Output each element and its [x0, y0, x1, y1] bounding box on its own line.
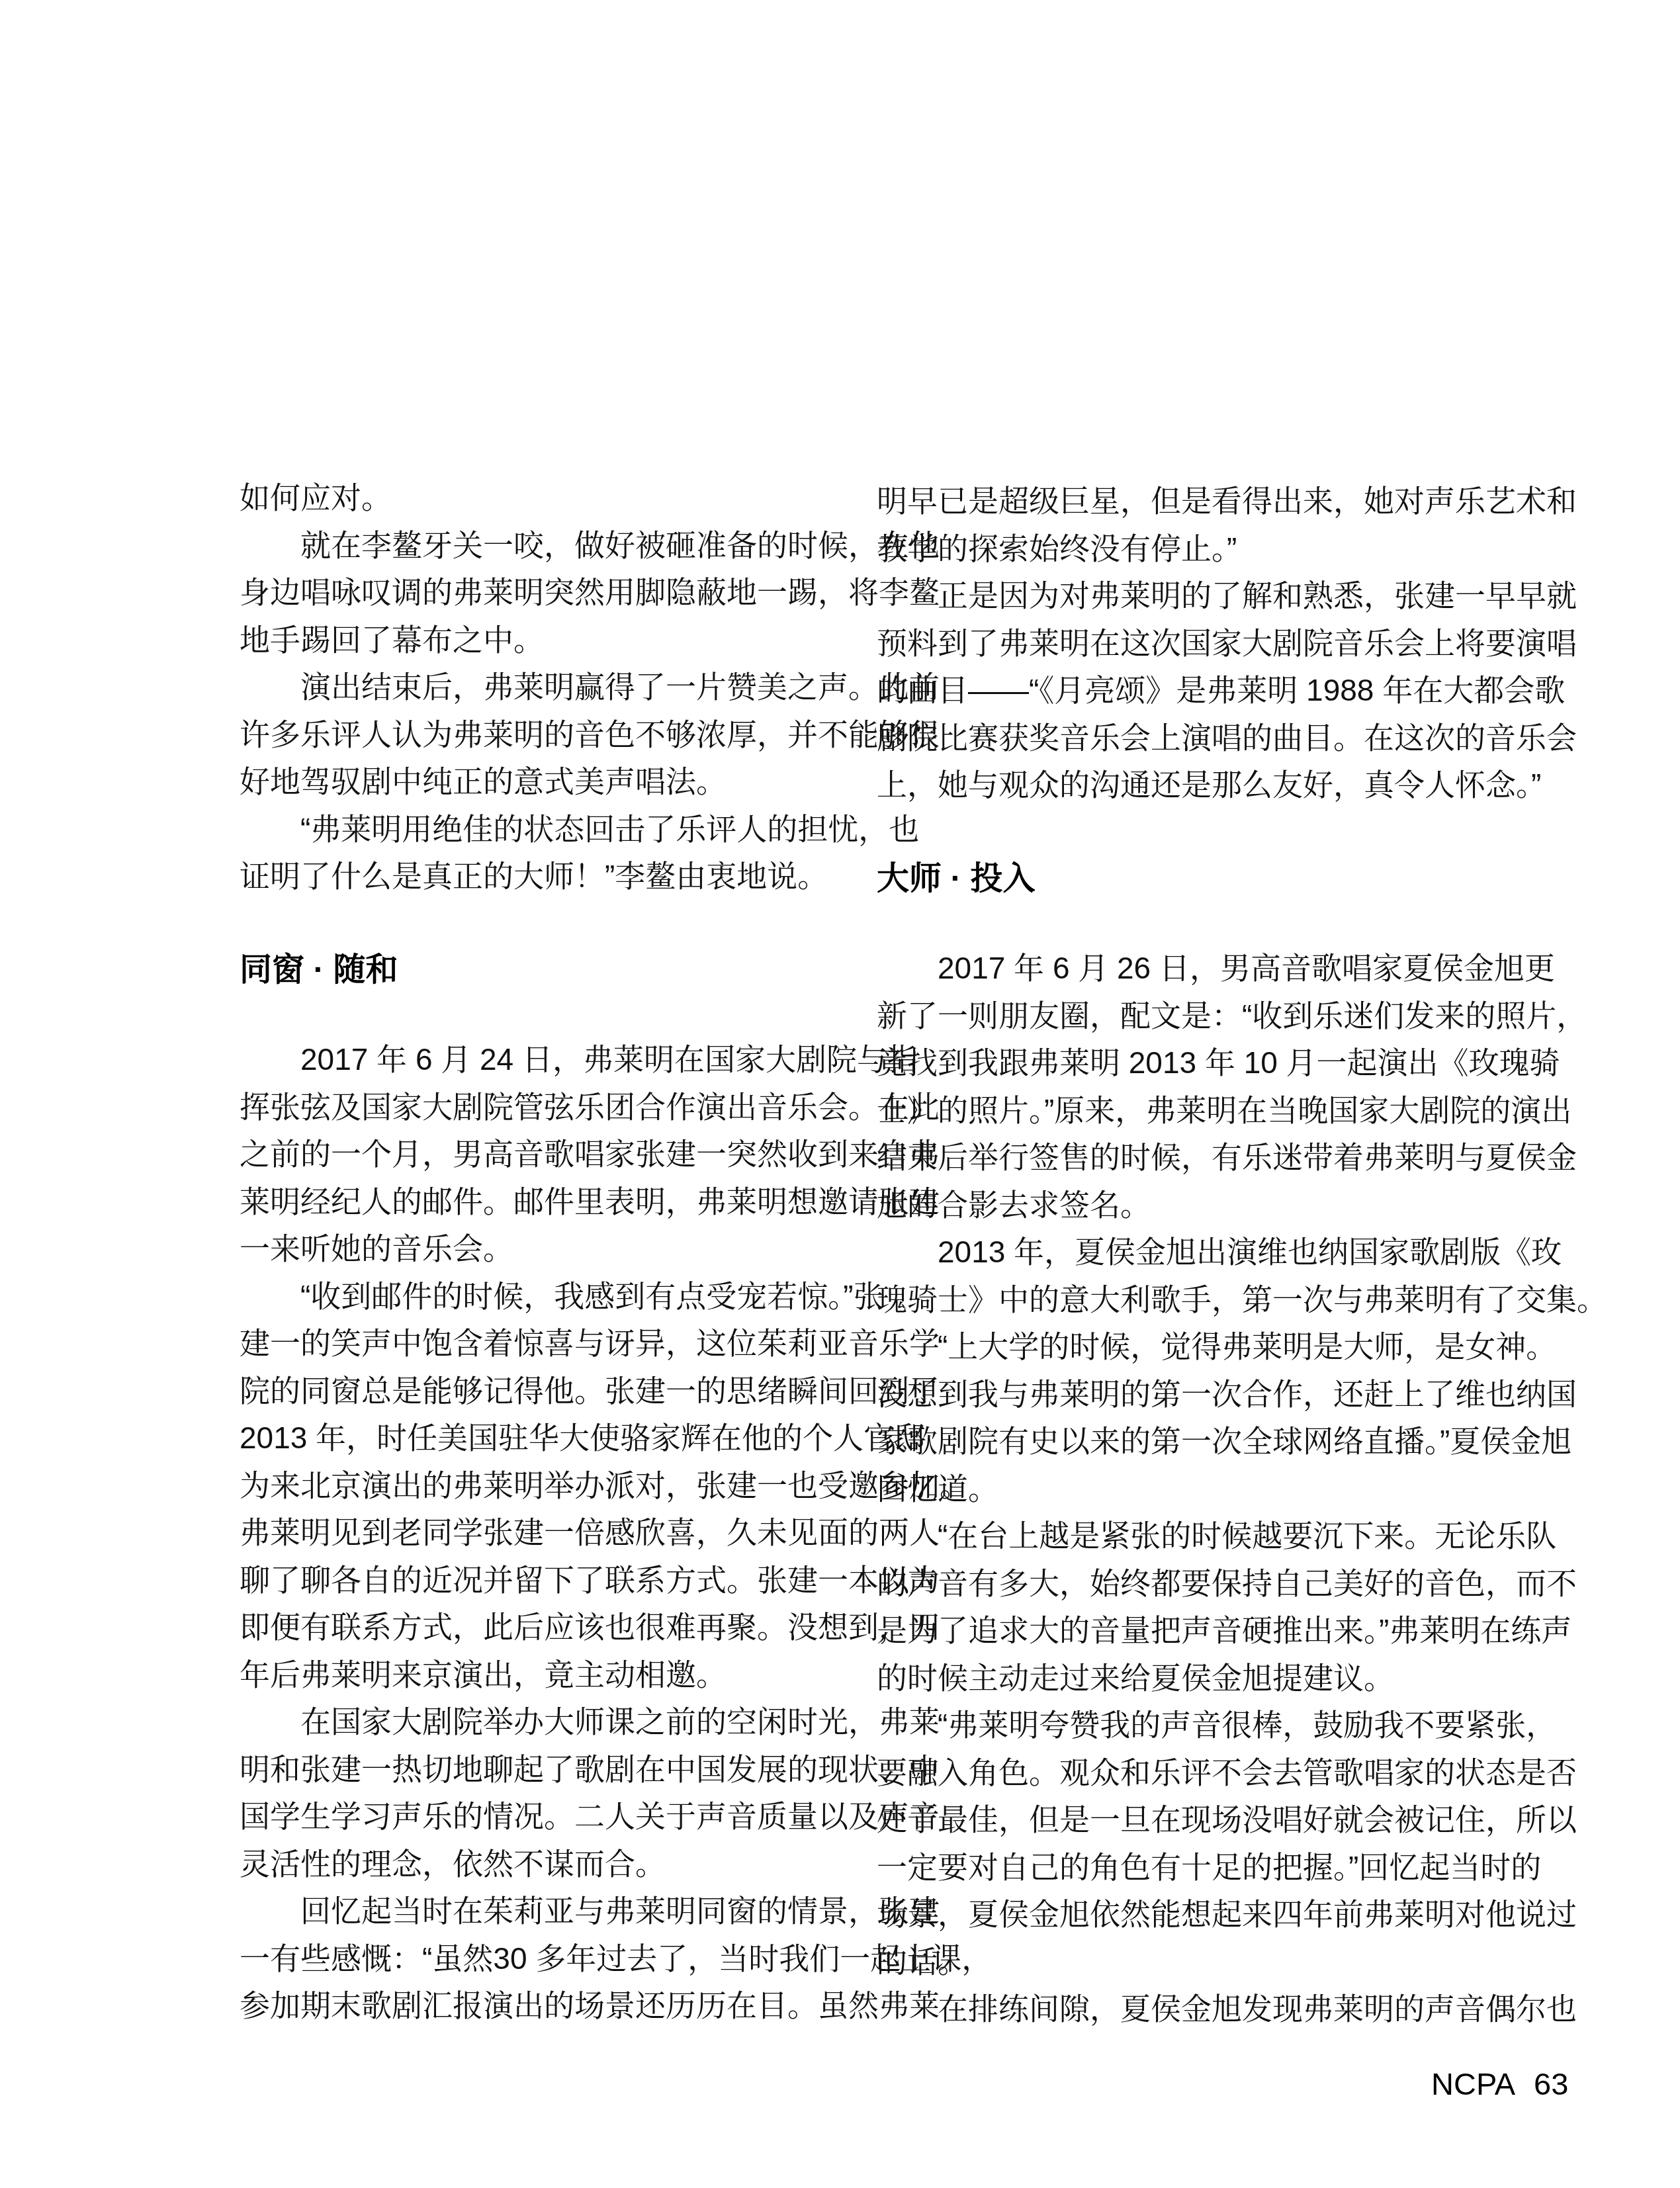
text-block: 如何应对。就在李鳌牙关一咬，做好被砸准备的时候，在他身边唱咏叹调的弗莱明突然用脚…	[240, 474, 842, 900]
text-line: “收到邮件的时候，我感到有点受宠若惊。”张	[240, 1273, 842, 1321]
text-line: 好地驾驭剧中纯正的意式美声唱法。	[240, 758, 842, 806]
text-line: 2017 年 6 月 24 日，弗莱明在国家大剧院与指	[240, 1036, 842, 1084]
text-line: 为来北京演出的弗莱明举办派对，张建一也受邀参加。	[240, 1462, 842, 1510]
text-line: 一有些感慨：“虽然30 多年过去了，当时我们一起上课，	[240, 1935, 842, 1983]
text-line: 没想到我与弗莱明的第一次合作，还赶上了维也纳国	[877, 1371, 1479, 1419]
text-line: 证明了什么是真正的大师！”李鳌由衷地说。	[240, 853, 842, 900]
text-line: 院的同窗总是能够记得他。张建一的思绪瞬间回到了	[240, 1368, 842, 1415]
text-block: 2017 年 6 月 26 日，男高音歌唱家夏侯金旭更新了一则朋友圈，配文是：“…	[877, 945, 1479, 2033]
text-line: 处于最佳，但是一旦在现场没唱好就会被记住，所以	[877, 1796, 1479, 1844]
text-line: 在国家大剧院举办大师课之前的空闲时光，弗莱	[240, 1698, 842, 1746]
text-block: 明早已是超级巨星，但是看得出来，她对声乐艺术和教学的探索始终没有停止。”正是因为…	[877, 478, 1479, 809]
text-line: 参加期末歌剧汇报演出的场景还历历在目。虽然弗莱	[240, 1982, 842, 2030]
text-line: 场景，夏侯金旭依然能想起来四年前弗莱明对他说过	[877, 1891, 1479, 1939]
text-line: 新了一则朋友圈，配文是：“收到乐迷们发来的照片，	[877, 992, 1479, 1040]
text-line: “弗莱明用绝佳的状态回击了乐评人的担忧，也	[240, 806, 842, 853]
text-line: 国学生学习声乐的情况。二人关于声音质量以及声音	[240, 1793, 842, 1841]
text-line: 瑰骑士》中的意大利歌手，第一次与弗莱明有了交集。	[877, 1276, 1479, 1324]
text-line: 弗莱明见到老同学张建一倍感欣喜，久未见面的两人	[240, 1509, 842, 1557]
page-footer: NCPA 63	[1431, 2068, 1568, 2099]
footer-brand: NCPA	[1431, 2068, 1515, 2099]
text-line: 2017 年 6 月 26 日，男高音歌唱家夏侯金旭更	[877, 945, 1479, 992]
document-page: 如何应对。就在李鳌牙关一咬，做好被砸准备的时候，在他身边唱咏叹调的弗莱明突然用脚…	[0, 0, 1680, 2188]
text-line: 剧院比赛获奖音乐会上演唱的曲目。在这次的音乐会	[877, 715, 1479, 762]
text-line: 的曲目——“《月亮颂》是弗莱明 1988 年在大都会歌	[877, 667, 1479, 715]
text-line: 竟找到我跟弗莱明 2013 年 10 月一起演出《玫瑰骑	[877, 1039, 1479, 1087]
text-line: 的声音有多大，始终都要保持自己美好的音色，而不	[877, 1560, 1479, 1608]
text-line: 正是因为对弗莱明的了解和熟悉，张建一早早就	[877, 572, 1479, 620]
text-line: 2013 年，夏侯金旭出演维也纳国家歌剧版《玫	[877, 1229, 1479, 1276]
text-line: 就在李鳌牙关一咬，做好被砸准备的时候，在他	[240, 522, 842, 570]
text-line: “弗莱明夸赞我的声音很棒，鼓励我不要紧张，	[877, 1702, 1479, 1749]
text-line: 年后弗莱明来京演出，竟主动相邀。	[240, 1651, 842, 1699]
text-line: 一定要对自己的角色有十足的把握。”回忆起当时的	[877, 1844, 1479, 1892]
text-line: 要融入角色。观众和乐评不会去管歌唱家的状态是否	[877, 1749, 1479, 1797]
text-line: 聊了聊各自的近况并留下了联系方式。张建一本以为	[240, 1557, 842, 1604]
text-line: 2013 年，时任美国驻华大使骆家辉在他的个人官邸	[240, 1415, 842, 1462]
text-line: 的时候主动走过来给夏侯金旭提建议。	[877, 1655, 1479, 1702]
section-heading: 同窗 · 随和	[240, 947, 842, 994]
text-line: 明早已是超级巨星，但是看得出来，她对声乐艺术和	[877, 478, 1479, 525]
text-line: 家歌剧院有史以来的第一次全球网络直播。”夏侯金旭	[877, 1418, 1479, 1466]
text-line: 明和张建一热切地聊起了歌剧在中国发展的现状、中	[240, 1746, 842, 1794]
text-line: 上，她与观众的沟通还是那么友好，真令人怀念。”	[877, 762, 1479, 809]
text-line: 地手踢回了幕布之中。	[240, 617, 842, 664]
text-line: “在台上越是紧张的时候越要沉下来。无论乐队	[877, 1512, 1479, 1560]
text-line: 建一的笑声中饱含着惊喜与讶异，这位茱莉亚音乐学	[240, 1320, 842, 1368]
text-line: 挥张弦及国家大剧院管弦乐团合作演出音乐会。在此	[240, 1084, 842, 1131]
text-line: 许多乐评人认为弗莱明的音色不够浓厚，并不能够很	[240, 711, 842, 759]
text-line: 如何应对。	[240, 474, 842, 522]
text-line: 在排练间隙，夏侯金旭发现弗莱明的声音偶尔也	[877, 1986, 1479, 2033]
text-line: 回忆道。	[877, 1466, 1479, 1513]
text-line: 预料到了弗莱明在这次国家大剧院音乐会上将要演唱	[877, 620, 1479, 668]
text-line: 回忆起当时在茱莉亚与弗莱明同窗的情景，张建	[240, 1888, 842, 1935]
text-line: 旭的合影去求签名。	[877, 1182, 1479, 1229]
text-line: 是为了追求大的音量把声音硬推出来。”弗莱明在练声	[877, 1607, 1479, 1655]
text-line: 即便有联系方式，此后应该也很难再聚。没想到，四	[240, 1604, 842, 1651]
text-line: 结束后举行签售的时候，有乐迷带着弗莱明与夏侯金	[877, 1134, 1479, 1182]
text-line: 灵活性的理念，依然不谋而合。	[240, 1841, 842, 1888]
text-line: 莱明经纪人的邮件。邮件里表明，弗莱明想邀请张建	[240, 1178, 842, 1226]
text-line: 一来听她的音乐会。	[240, 1225, 842, 1273]
text-line: “上大学的时候，觉得弗莱明是大师，是女神。	[877, 1323, 1479, 1371]
text-line: 身边唱咏叹调的弗莱明突然用脚隐蔽地一踢，将李鳌	[240, 569, 842, 617]
text-line: 之前的一个月，男高音歌唱家张建一突然收到来自弗	[240, 1131, 842, 1178]
column-left: 如何应对。就在李鳌牙关一咬，做好被砸准备的时候，在他身边唱咏叹调的弗莱明突然用脚…	[240, 474, 842, 2030]
text-line: 教学的探索始终没有停止。”	[877, 525, 1479, 573]
text-line: 士》的照片。”原来，弗莱明在当晚国家大剧院的演出	[877, 1087, 1479, 1135]
text-line: 的话。	[877, 1939, 1479, 1986]
text-block: 2017 年 6 月 24 日，弗莱明在国家大剧院与指挥张弦及国家大剧院管弦乐团…	[240, 1036, 842, 2030]
footer-page-number: 63	[1534, 2068, 1568, 2099]
text-line: 演出结束后，弗莱明赢得了一片赞美之声。此前	[240, 664, 842, 711]
section-heading: 大师 · 投入	[877, 855, 1479, 903]
column-right: 明早已是超级巨星，但是看得出来，她对声乐艺术和教学的探索始终没有停止。”正是因为…	[877, 478, 1479, 2033]
